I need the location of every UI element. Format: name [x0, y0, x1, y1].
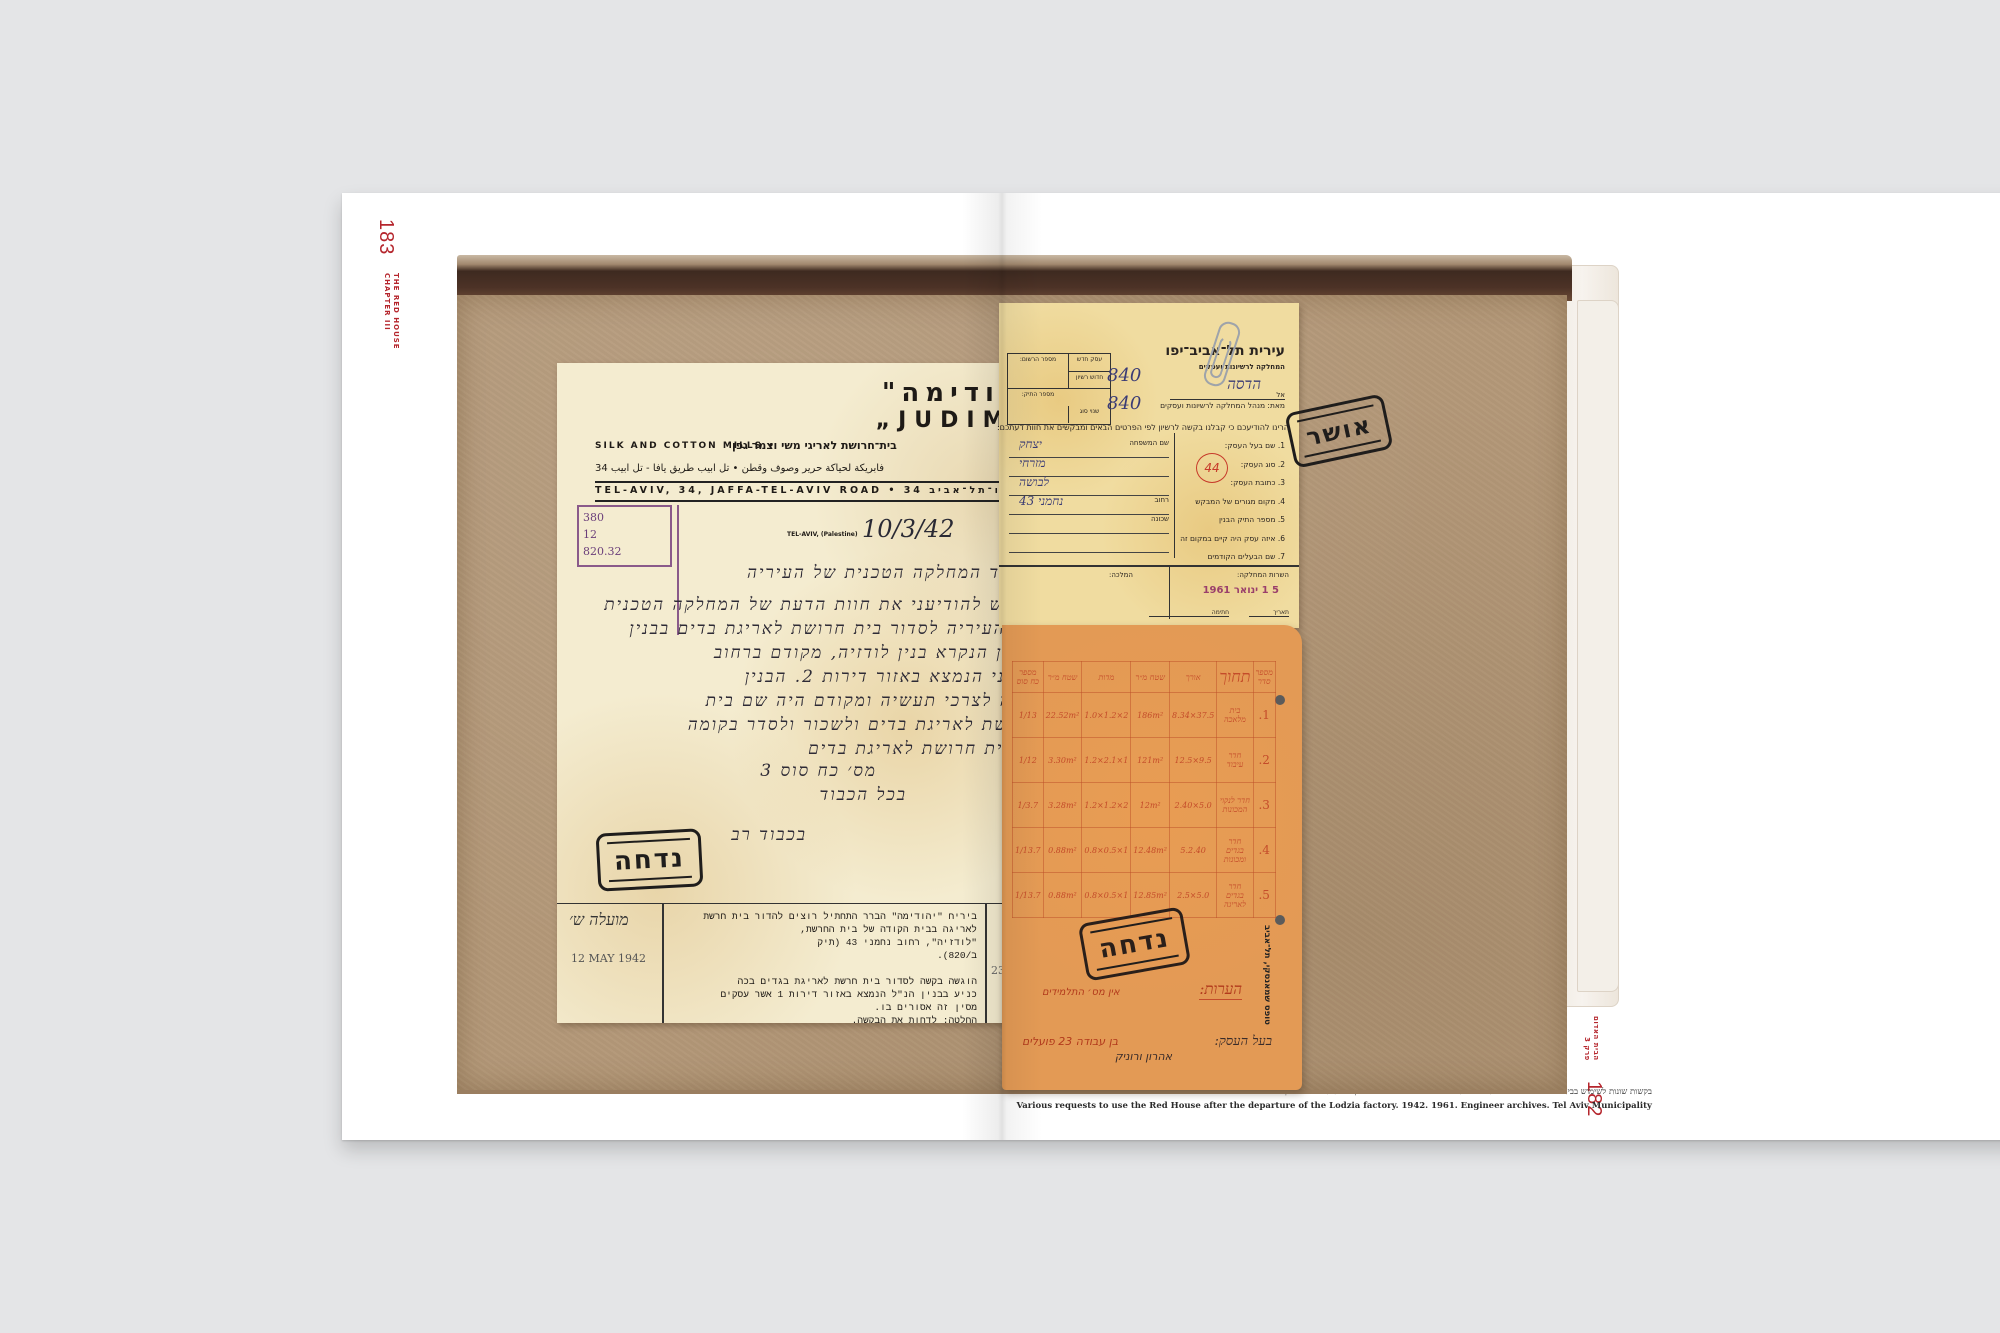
handwritten-line: נחמני הנמצא באזור דירות 2. הבנין: [745, 667, 1037, 687]
file-number-handwritten: 840: [1107, 365, 1141, 386]
table-row: 1.בית מלאכה37.5×8.34186m²2×1.2×1.022.52m…: [1013, 693, 1276, 738]
date-label: TEL-AVIV, (Palestine): [787, 531, 858, 538]
business-owner-label: בעל העסק:: [1214, 1033, 1272, 1049]
handwritten-line: בבנין הנקרא בנין לודזיה, מקודם ברחוב: [714, 643, 1037, 663]
running-head-chapter-he: פרק 3: [1582, 1016, 1591, 1061]
decision-text: ביריח "יהודימה" הברר התחתיל רוצים להדור …: [662, 904, 987, 1023]
handwritten-line: של העיריה לסדור בית חרושת לאריגת בדים בב…: [629, 619, 1037, 639]
punch-hole: [1275, 695, 1285, 705]
handwritten-line: מס׳ כח סוס 3: [760, 761, 877, 781]
file-number-handwritten: 840: [1107, 393, 1141, 414]
decision-left-column: מועלה ש׳ 12 MAY 1942: [557, 904, 664, 1023]
left-page-number: 183: [374, 219, 397, 255]
form-intro-text: הרינו להודיעכם כי קבלנו בקשה לרשיון לפי …: [997, 423, 1289, 432]
letterhead-mills-he: בית־חרושת לאריגי משי וצמר גפן: [732, 439, 897, 452]
municipality-license-form: עירית תל־אביב־יפו המחלקה לרשיונות ועסקים…: [999, 303, 1299, 628]
album-loose-pages-back: [1577, 300, 1619, 992]
handwritten-line: בכל הכבוד: [820, 785, 907, 805]
punch-hole: [1275, 915, 1285, 925]
typed-decision-block: מועלה ש׳ 12 MAY 1942 ביריח "יהודימה" הבר…: [557, 903, 1057, 1023]
official-signature: מועלה ש׳: [569, 910, 629, 930]
form-type-box: עסק חדש חדוש רשיון שנוי סוג מספר הרשום: …: [1007, 353, 1111, 425]
stamp-margin-line: [677, 505, 679, 635]
left-running-head: THE RED HOUSE CHAPTER III: [382, 273, 400, 350]
form-items: 1. שם בעל העסק: 2. סוג העסק: 3. כתובת הע…: [1173, 441, 1285, 571]
date-stamp: 5 1 ינואר 1961: [1203, 585, 1279, 596]
table-row: 4.חדר בגדים ומכונות5.2.4012.48m²1×0.5×0.…: [1013, 828, 1276, 873]
circled-number: 44: [1196, 453, 1228, 483]
notes-handwritten: אין מס׳ התלמידים: [1042, 987, 1120, 998]
form-to-label: אל: [1170, 391, 1285, 400]
judima-letter: "יהודימה" „JUDIMA" SILK AND COTTON MILLS…: [557, 363, 1057, 1023]
letterhead-address: TEL-AVIV, 34, JAFFA-TEL-AVIV ROAD • 34 ת…: [595, 485, 1057, 496]
handwritten-line: מבקש להודיעני את חוות הדעת של המחלקה הטכ…: [604, 595, 1037, 615]
rooms-table: מספר סדר תחוך אורך שטח מ״ר מדות שטח מ״ר …: [1012, 661, 1276, 918]
handwritten-line: חרושת לאריגת בדים ולשכור ולסדר בקומה: [688, 715, 1037, 735]
running-head-chapter: CHAPTER III: [382, 273, 391, 350]
factory-inspection-card: מספר סדר תחוך אורך שטח מ״ר מדות שטח מ״ר …: [1002, 625, 1302, 1090]
table-row: 5.חדר בגדים לאריגה5.0×2.512.85m²1×0.5×0.…: [1013, 873, 1276, 918]
table-row: 2.חדר עיבוד9.5×12.5121m²1×2.1×1.23.30m²1…: [1013, 738, 1276, 783]
rejected-stamp: נדחה: [596, 828, 704, 891]
letterhead-arabic: فابريكة لحياكة حرير وصوف وقطن • تل ابيب …: [595, 463, 1057, 474]
letterhead-rule: [595, 500, 1057, 502]
running-head-title: THE RED HOUSE: [391, 273, 400, 350]
date-stamp: 12 MAY 1942: [571, 952, 646, 965]
business-owner-name: אהרון ורוניק: [1115, 1050, 1172, 1063]
handwritten-line: לכבוד המחלקה הטכנית של העיריה: [747, 563, 1037, 583]
letter-signature: בכבוד רב: [731, 825, 807, 845]
form-fields: שם המשפחהיצחק מזרחי לבושה רחובנחמני 43 ש…: [1009, 439, 1169, 553]
handwritten-line: נבנה לצרכי תעשיה ומקודם היה שם בית: [706, 691, 1037, 711]
letterhead-rule: [595, 481, 1057, 483]
running-head-title-he: הבית האדום: [1591, 1016, 1600, 1061]
table-row: 3.חדר לנקוי המכונות5.0×2.4012m²2×1.2×1.2…: [1013, 783, 1276, 828]
right-running-head: הבית האדום פרק 3: [1582, 1016, 1600, 1061]
form-from-label: מאת: מנהל המחלקה לרשיונות ועסקים: [1160, 401, 1285, 410]
caption-english: Various requests to use the Red House af…: [1016, 1099, 1652, 1113]
letter-date: 10/3/42: [862, 515, 955, 543]
form-signature-section: השרות המחלקה: המלכה: 5 1 ינואר 1961 תארי…: [999, 565, 1299, 627]
receipt-stamp: 380 12 820.32: [577, 505, 672, 567]
printer-imprint: טופס שמאנסקי, תל־אביב: [1262, 925, 1272, 1025]
archive-album: "יהודימה" „JUDIMA" SILK AND COTTON MILLS…: [457, 255, 1557, 1090]
notes-label: הערות:: [1199, 980, 1242, 1000]
card-extra-note: בן עבודה 23 פועלים: [1022, 1035, 1118, 1048]
